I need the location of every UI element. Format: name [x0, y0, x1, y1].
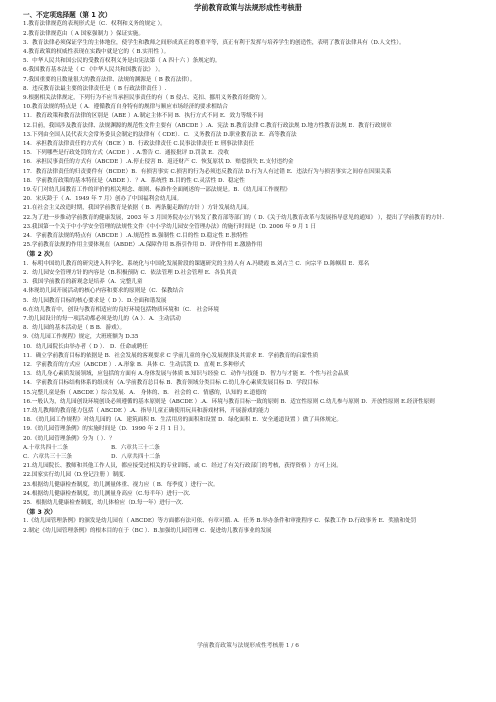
question-item: 2.教育法律规范由（ A 国家强制力 ）保证实施。	[23, 30, 478, 39]
question-item: 15.完整儿童是指（ ABCDE ）综合发展．A． 身体的、B． 社会的 C．情…	[23, 389, 478, 398]
part3-question-list: 1.《幼儿园管理条例》的颁发是幼儿园在（ ABCDE）等方面都有法可依、有章可循…	[23, 517, 478, 535]
part3-heading: （第 3 次）	[23, 508, 478, 517]
question-item: 6.在幼儿教育中，创设与教育相适应的良好环境包括物质环境和（C． 社会环境	[23, 306, 478, 315]
question-item: 24．学前教育法规的特点有（ABCDE ）.A.规范性 B.强制性 C.目的性 …	[23, 232, 478, 241]
question-item: 7.我国重要的且数量很大的教育法律、法规的渊源是（ B 教育法律）。	[23, 76, 478, 85]
part2-heading: （第 2 次）	[23, 250, 478, 259]
question-item: 17．教育法律责任的归责要件有（BCDE）B．有损害事实 C.损害的行为必须违反…	[23, 168, 478, 177]
question-item: 22.为了进一步推动学前教育的健康发展，2003 年 3 月国务院办公厅转发了教…	[23, 214, 478, 223]
question-item: 20.《幼儿园管理条例》分为（ ）．？	[23, 435, 478, 444]
document-body: 一、不定项选择题（第 1 次） 1.教育法律规范的表现形式是（C．权利和义务的规…	[23, 11, 478, 536]
question-item: 16.一般认为，幼儿园创设环境创设必须遵循的基本原则是（ABCDE ）.A．环境…	[23, 398, 478, 407]
question-item: 1．标明中国幼儿教育的研究进入科学化、系统化与中国化发展阶段的课题研究的主持人有…	[23, 260, 478, 269]
question-item: 18．学前教育政策的基本特征是（ABDE ）．？A．系统性 B.目的性 C.灵活…	[23, 177, 478, 186]
question-item: 25．根据幼儿健康检查制度，幼儿体检应（D.每一年）进行一次.	[23, 499, 478, 508]
part1-question-list: 1.教育法律规范的表现形式是（C．权利和义务的规定 ）。2.教育法律规范由（ A…	[23, 20, 478, 250]
question-item: 10.教育法规的特点是（ A．遵循教育自身特有的规律与顺应市场经济的要求相结合	[23, 103, 478, 112]
question-item: 2.制定《幼儿园管理条例》的根本目的在于（BC ）．B.加强幼儿园管理 C．促进…	[23, 527, 478, 536]
question-item: 23.根据幼儿健康检查制度，幼儿测量体重、视力应（ B．每季度 ）进行一次。	[23, 481, 478, 490]
question-item: 4.体现幼儿园开展活动的核心内容和要求的原则是（C．保教结合	[23, 287, 478, 296]
question-item: 6.我国教育基本法是（ C 《中华人民共和国教育法》 ）。	[23, 66, 478, 75]
question-item: 15．下列哪些是行政处罚的方式（ACDE ）. A.警告 C．通报批评 D.罚款…	[23, 149, 478, 158]
question-item: 19.专门对幼儿园教育工作的评价的相关理念、细则、标准作全面阐述的一部法规是。B…	[23, 186, 478, 195]
section-heading: 一、不定项选择题（第 1 次）	[23, 11, 478, 20]
question-item: 12．学前教育的方式应（ABCDE ）. A.形象 B．具体 C．生动活泼 D．…	[23, 361, 478, 370]
question-item: 21.幼儿园院长、教师和其他工作人员，都应接受过相关的专业训练，或 C．经过了有…	[23, 462, 478, 471]
question-item: 3．教育法律必须保证学生的主体地位，使学生和教师之间形成真正的尊重平等，真正有利…	[23, 39, 478, 48]
question-item: 8．违反教育法最主要的法律责任是（ B 行政法律责任 ）.	[23, 85, 478, 94]
question-item: 13.下列由全国人民代表大会常务委员会制定的法律有（ CDE）．C．义务教育法 …	[23, 131, 478, 140]
question-item: 11．确立学前教育目标的依据是 B．社会发展的客观要求 C 学前儿童的身心发展规…	[23, 352, 478, 361]
question-item: 9.根据相关法律规定，下列行为不应当承担民事责任的有（ B 侵占、克扣、挪用义务…	[23, 94, 478, 103]
q20-options: A.十章共四十二条B．六章共三十二条C．六章共三十三条D．八章共四十二条	[23, 444, 478, 462]
page-footer: 学前教育政策与法规形成性考核册 1 / 6	[0, 640, 496, 649]
option-row: C．六章共三十三条D．八章共四十二条	[23, 453, 478, 462]
question-item: 21.在社会主义改造时期，我国学前教育是依据（ B．两条腿走路的方针 ）方针发展…	[23, 204, 478, 213]
question-item: 9.《幼儿园工作规程》规定，大班班额为 D.35	[23, 333, 478, 342]
question-item: 7.幼儿园设计的每一项活动都必须是幼儿的（A ）．A．主动活动	[23, 315, 478, 324]
question-item: 22.国家实行幼儿园（D.登记注册 ）制度.	[23, 471, 478, 480]
question-item: 12.目前，我国涉及教育法律、法规渊源的规范性文件主要有（ABCDE ）.A．宪…	[23, 122, 478, 131]
question-item: 16．承担民事责任的方式有（ABCDE ）.A.停止侵害 B．返还财产 C．恢复…	[23, 158, 478, 167]
question-item: 19.《幼儿园管理条例》的实施时间是（D．1990 年 2 月 1 日 ）。	[23, 425, 478, 434]
question-item: 23.我国第一个关于中小学安全管理的法规性文件《中小学幼儿园安全管理办法》的施行…	[23, 223, 478, 232]
question-item: 18．《幼儿园工作规程》对幼儿园的（A．建筑面积 B．生活用房的面积和设置 D．…	[23, 416, 478, 425]
answer-option: A.十章共四十二条	[23, 444, 111, 453]
question-item: 24.根据幼儿健康检查制度，幼儿测量身高应（C.每半年）进行一次.	[23, 490, 478, 499]
question-item: 3．我国学前教育的新观念是培养（A．完整儿童	[23, 278, 478, 287]
answer-option: B．六章共三十二条	[111, 444, 160, 453]
question-item: 20．宋庆龄于（ A．1949 年 7 月）创办了中国福利会幼儿园。	[23, 195, 478, 204]
answer-option: D．八章共四十二条	[111, 453, 160, 462]
question-item: 14．学前教育目标结构体系的组成有（A.学前教育总目标 B．教育领域分类目标 C…	[23, 379, 478, 388]
part2-question-list: 1．标明中国幼儿教育的研究进入科学化、系统化与中国化发展阶段的课题研究的主持人有…	[23, 260, 478, 444]
option-row: A.十章共四十二条B．六章共三十二条	[23, 444, 478, 453]
question-item: 11．教育政策和教育法律的区别是（ABE ）A.制定主体不同 B．执行方式不同 …	[23, 112, 478, 121]
part2-question-list-tail: 21.幼儿园院长、教师和其他工作人员，都应接受过相关的专业训练，或 C．经过了有…	[23, 462, 478, 508]
question-item: 5．中华人民共和国公民的受教育权利义务是由宪法第（ A 四十六 ）条规定的。	[23, 57, 478, 66]
question-item: 25.学前教育法规的作用主要体现在（ABDE）.A.保障作用 B.指引作用 D．…	[23, 241, 478, 250]
document-page: 学前教育政策与法规形成性考核册 一、不定项选择题（第 1 次） 1.教育法律规范…	[0, 0, 496, 702]
question-item: 5．幼儿园教育目标的核心要求是（ D ）．D.全面和谐发展	[23, 297, 478, 306]
question-item: 8．幼儿园的基本活动是（ B B．游戏）。	[23, 324, 478, 333]
question-item: 4.教育政策的权威性表现在实践中就是它的（ B.实用性 ）。	[23, 48, 478, 57]
question-item: 10．幼儿园院长由举办者（ D ）． D．任命或聘任	[23, 343, 478, 352]
answer-option: C．六章共三十三条	[23, 453, 111, 462]
question-item: 13．幼儿身心素质发展领域，应包括的方面有 A.身体发展与体质 B.知识与经验 …	[23, 370, 478, 379]
question-item: 14．承担教育法律责任的方式有（BCE ）B．行政法律责任 C.民事法律责任 E…	[23, 140, 478, 149]
question-item: 17.幼儿教师的教育能力包括（ ABCDE ）.A．指导儿童正确使用玩具和游戏材…	[23, 407, 478, 416]
question-item: 1.教育法律规范的表现形式是（C．权利和义务的规定 ）。	[23, 20, 478, 29]
question-item: 1.《幼儿园管理条例》的颁发是幼儿园在（ ABCDE）等方面都有法可依、有章可循…	[23, 517, 478, 526]
question-item: 2．幼儿园安全管理方针的内容是（B.积极预防 C．依法管理 D.社会管理 E．各…	[23, 269, 478, 278]
